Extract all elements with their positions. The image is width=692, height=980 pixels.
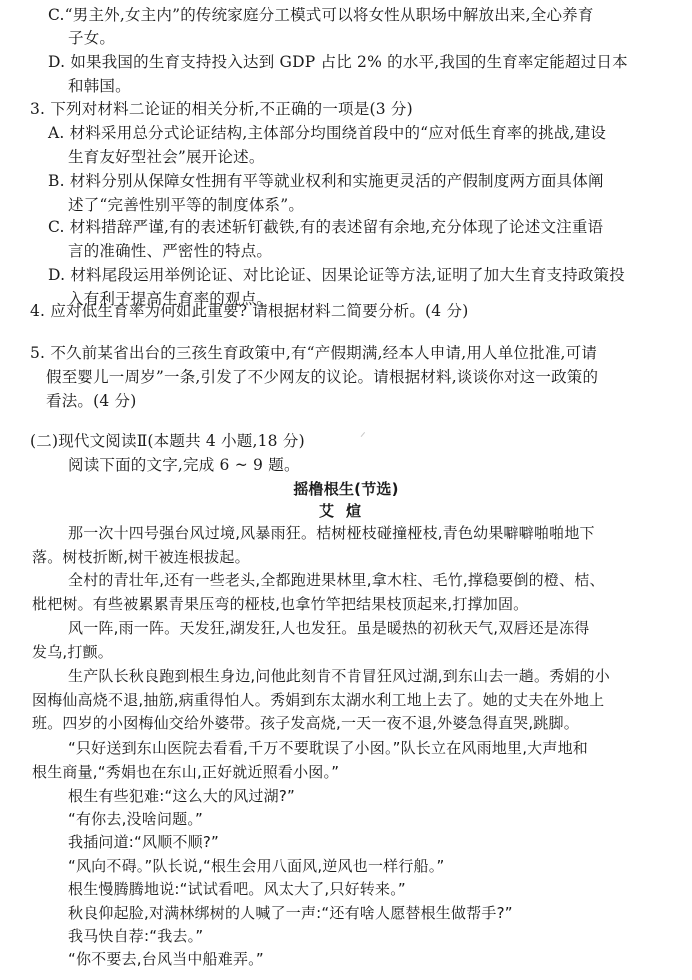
story-line: “风向不碍。”队长说,“根生会用八面风,逆风也一样行船。” <box>68 855 444 877</box>
q3-stem: 3. 下列对材料二论证的相关分析,不正确的一项是(3 分) <box>30 98 413 120</box>
q5-line1: 5. 不久前某省出台的三孩生育政策中,有“产假期满,经本人申请,用人单位批准,可… <box>30 342 597 364</box>
q2-option-c-line2: 子女。 <box>68 27 115 49</box>
q5-line2: 假至婴儿一周岁”一条,引发了不少网友的议论。请根据材料,谈谈你对这一政策的 <box>46 366 598 388</box>
story-title: 摇橹根生(节选) <box>0 478 692 500</box>
story-author: 艾煊 <box>0 500 692 522</box>
section-instruction: 阅读下面的文字,完成 6 ~ 9 题。 <box>68 454 300 476</box>
q3-option-b-line1: B. 材料分别从保障女性拥有平等就业权利和实施更灵活的产假制度两方面具体阐 <box>48 170 604 192</box>
q3-option-a-line1: A. 材料采用总分式论证结构,主体部分均围绕首段中的“应对低生育率的挑战,建设 <box>48 122 606 144</box>
q2-option-c-line1: C.“男主外,女主内”的传统家庭分工模式可以将女性从职场中解放出来,全心养育 <box>48 4 594 26</box>
story-line: 根生商量,“秀娟也在东山,正好就近照看小囡。” <box>32 761 339 783</box>
q3-option-c-line2: 言的准确性、严密性的特点。 <box>68 240 272 262</box>
q4-stem: 4. 应对低生育率为何如此重要? 请根据材料二简要分析。(4 分) <box>30 300 468 322</box>
story-line: 生产队长秋良跑到根生身边,问他此刻肯不肯冒狂风过湖,到东山去一趟。秀娟的小 <box>68 665 610 687</box>
story-line: 发乌,打颤。 <box>32 641 113 663</box>
story-line: 我马快自荐:“我去。” <box>68 925 203 947</box>
story-line: 班。四岁的小囡梅仙交给外婆带。孩子发高烧,一天一夜不退,外婆急得直哭,跳脚。 <box>32 712 579 734</box>
story-line: 全村的青壮年,还有一些老头,全都跑进果林里,拿木柱、毛竹,撑稳要倒的橙、桔、 <box>68 569 605 591</box>
story-line: 风一阵,雨一阵。天发狂,湖发狂,人也发狂。虽是暖热的初秋天气,双唇还是冻得 <box>68 617 589 639</box>
story-line: 枇杷树。有些被累累青果压弯的桠枝,也拿竹竿把结果枝顶起来,打撑加固。 <box>32 593 528 615</box>
story-line: 那一次十四号强台风过境,风暴雨狂。桔树桠枝碰撞桠枝,青色幼果噼噼啪啪地下 <box>68 522 595 544</box>
story-line: 秋良仰起脸,对满林绑树的人喊了一声:“还有啥人愿替根生做帮手?” <box>68 902 513 924</box>
q2-option-d-line1: D. 如果我国的生育支持投入达到 GDP 占比 2% 的水平,我国的生育率定能超… <box>48 51 628 73</box>
story-line: 我插问道:“风顺不顺?” <box>68 831 219 853</box>
q3-option-b-line2: 述了“完善性别平等的制度体系”。 <box>68 194 304 216</box>
q5-line3: 看法。(4 分) <box>46 390 136 412</box>
q3-option-a-line2: 生育友好型社会”展开论述。 <box>68 146 265 168</box>
q3-option-c-line1: C. 材料措辞严谨,有的表述斩钉截铁,有的表述留有余地,充分体现了论述文注重语 <box>48 216 603 238</box>
story-line: “只好送到东山医院去看看,千万不要耽误了小囡。”队长立在风雨地里,大声地和 <box>68 737 588 759</box>
story-line: 根生有些犯难:“这么大的风过湖?” <box>68 785 295 807</box>
section-heading: (二)现代文阅读Ⅱ(本题共 4 小题,18 分) <box>30 430 305 452</box>
story-line: 囡梅仙高烧不退,抽筋,病重得怕人。秀娟到东太湖水利工地上去了。她的丈夫在外地上 <box>32 689 604 711</box>
story-line: 根生慢腾腾地说:“试试看吧。风太大了,只好转来。” <box>68 878 406 900</box>
story-line: “有你去,没啥问题。” <box>68 808 203 830</box>
exam-page: C.“男主外,女主内”的传统家庭分工模式可以将女性从职场中解放出来,全心养育 子… <box>0 0 692 980</box>
stray-pen-mark: ᐟ <box>360 430 366 446</box>
story-line: 落。树枝折断,树干被连根拔起。 <box>32 546 250 568</box>
story-line: “你不要去,台风当中船难弄。” <box>68 948 264 970</box>
q2-option-d-line2: 和韩国。 <box>68 75 131 97</box>
q3-option-d-line1: D. 材料尾段运用举例论证、对比论证、因果论证等方法,证明了加大生育支持政策投 <box>48 264 625 286</box>
